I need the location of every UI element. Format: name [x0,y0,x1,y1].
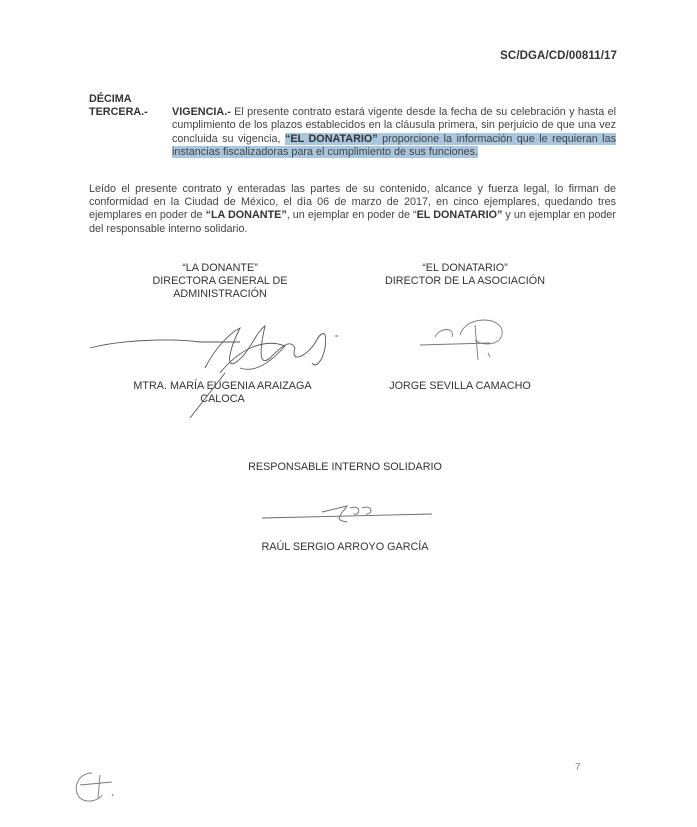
signature-solidary-icon [262,500,432,530]
clause-body: VIGENCIA.- El presente contrato estará v… [172,106,616,159]
solidary-name: RAÚL SERGIO ARROYO GARCÍA [215,541,475,553]
clause-title: VIGENCIA.- [172,106,231,118]
role-right-line1: DIRECTOR DE LA ASOCIACIÓN [370,275,560,288]
signature-left-icon [90,318,350,428]
reference-number: SC/DGA/CD/00811/17 [500,50,617,62]
solidary-title: RESPONSABLE INTERNO SOLIDARIO [215,461,475,473]
clause-label-line1: DÉCIMA [89,93,616,106]
signatory-right-name: JORGE SEVILLA CAMACHO [370,380,550,393]
signature-right-icon [420,315,530,375]
signatory-left-heading: “LA DONANTE” DIRECTORA GENERAL DE ADMINI… [135,262,305,301]
closing-paragraph: Leído el presente contrato y enteradas l… [89,183,616,236]
clause-label-line2: TERCERA.- [89,106,172,159]
party-la-donante: “LA DONANTE” [135,262,305,275]
party-el-donatario: “EL DONATARIO” [370,262,560,275]
initials-icon [72,770,132,805]
role-left-line1: DIRECTORA GENERAL DE [135,275,305,288]
role-left-line2: ADMINISTRACIÓN [135,288,305,301]
selected-bold: “EL DONATARIO” [285,133,378,145]
signatory-left-name: MTRA. MARÍA EUGENIA ARAIZAGA CALOCA [110,380,335,406]
clause-decima-tercera: DÉCIMA TERCERA.- VIGENCIA.- El presente … [89,93,616,159]
signatory-right-heading: “EL DONATARIO” DIRECTOR DE LA ASOCIACIÓN [370,262,560,288]
page-number: 7 [575,762,581,773]
